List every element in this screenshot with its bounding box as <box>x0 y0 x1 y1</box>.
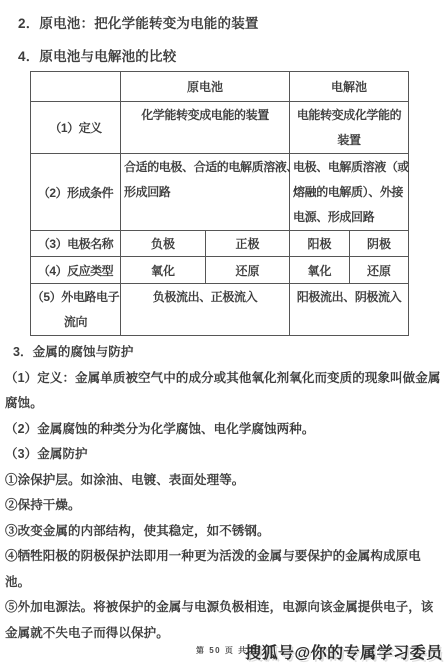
reaction-type-cell: 还原 <box>206 257 290 284</box>
header-primary-battery: 原电池 <box>121 72 290 102</box>
protection-method-4-line: ④牺牲阳极的阴极保护法即用一种更为活泼的金属与要保护的金属构成原电 <box>5 544 443 570</box>
electron-flow-label-line: 流向 <box>31 310 120 335</box>
table-row-electron-flow: （5）外电路电子 流向 负极流出、正极流入 阳极流出、阴极流入 <box>31 284 409 336</box>
reaction-type-cell: 氧化 <box>121 257 206 284</box>
corrosion-definition-line: （1）定义：金属单质被空气中的成分或其他氧化剂氧化而变质的现象叫做金属 <box>5 366 443 392</box>
document-page: { "colors": { "background": "#ffffff", "… <box>0 0 446 672</box>
row-label-electrode-names: （3）电极名称 <box>31 231 121 257</box>
protection-method-1: ①涂保护层。如涂油、电镀、表面处理等。 <box>5 468 443 494</box>
definition-electrolytic-line: 装置 <box>290 128 408 153</box>
electron-flow-electrolytic-cell: 阳极流出、阴极流入 <box>290 284 409 336</box>
row-label-definition: （1）定义 <box>31 102 121 154</box>
comparison-table: 原电池 电解池 （1）定义 化学能转变成电能的装置 电能转变成化学能的 装置 （… <box>30 71 409 336</box>
formation-primary-line: 合适的电极、合适的电解质溶液、 <box>121 155 289 180</box>
definition-primary-cell: 化学能转变成电能的装置 <box>121 102 290 154</box>
corrosion-section: 3．金属的腐蚀与防护 （1）定义：金属单质被空气中的成分或其他氧化剂氧化而变质的… <box>5 340 443 646</box>
table-row-formation-conditions: （2）形成条件 合适的电极、合适的电解质溶液、 形成回路 电极、电解质溶液（或 … <box>31 154 409 231</box>
definition-electrolytic-line: 电能转变成化学能的 <box>290 103 408 128</box>
electron-flow-electrolytic-text: 阳极流出、阴极流入 <box>290 285 408 310</box>
electrode-name-cell: 正极 <box>206 231 290 257</box>
formation-electrolytic-line: 电源、形成回路 <box>290 205 408 230</box>
corrosion-definition-line: 腐蚀。 <box>5 391 443 417</box>
formation-electrolytic-line: 电极、电解质溶液（或 <box>290 155 408 180</box>
electrode-name-cell: 阴极 <box>350 231 409 257</box>
row-label-reaction-types: （4）反应类型 <box>31 257 121 284</box>
section-title-corrosion: 3．金属的腐蚀与防护 <box>5 340 443 366</box>
reaction-type-cell: 氧化 <box>290 257 350 284</box>
protection-subtitle: （3）金属防护 <box>5 442 443 468</box>
formation-electrolytic-line: 熔融的电解质）、外接 <box>290 180 408 205</box>
heading-primary-battery-definition: 2．原电池：把化学能转变为电能的装置 <box>18 12 259 32</box>
table-row-electrode-names: （3）电极名称 负极 正极 阳极 阴极 <box>31 231 409 257</box>
reaction-type-cell: 还原 <box>350 257 409 284</box>
protection-method-3: ③改变金属的内部结构，使其稳定，如不锈钢。 <box>5 519 443 545</box>
sohu-watermark: 搜狐号@你的专属学习委员 <box>245 640 443 663</box>
table-row-reaction-types: （4）反应类型 氧化 还原 氧化 还原 <box>31 257 409 284</box>
electrode-name-cell: 负极 <box>121 231 206 257</box>
electrode-name-cell: 阳极 <box>290 231 350 257</box>
formation-electrolytic-cell: 电极、电解质溶液（或 熔融的电解质）、外接 电源、形成回路 <box>290 154 409 231</box>
formation-primary-line: 形成回路 <box>121 180 289 205</box>
row-label-electron-flow: （5）外电路电子 流向 <box>31 284 121 336</box>
table-header-row: 原电池 电解池 <box>31 72 409 102</box>
corrosion-types-line: （2）金属腐蚀的种类分为化学腐蚀、电化学腐蚀两种。 <box>5 417 443 443</box>
electron-flow-primary-text: 负极流出、正极流入 <box>121 285 289 310</box>
definition-primary-text: 化学能转变成电能的装置 <box>121 103 289 128</box>
protection-method-4-line: 池。 <box>5 570 443 596</box>
formation-primary-cell: 合适的电极、合适的电解质溶液、 形成回路 <box>121 154 290 231</box>
table-row-definition: （1）定义 化学能转变成电能的装置 电能转变成化学能的 装置 <box>31 102 409 154</box>
electron-flow-label-line: （5）外电路电子 <box>31 285 120 310</box>
protection-method-5-line: ⑤外加电源法。将被保护的金属与电源负极相连，电源向该金属提供电子，该 <box>5 595 443 621</box>
protection-method-2: ②保持干燥。 <box>5 493 443 519</box>
header-electrolytic-cell: 电解池 <box>290 72 409 102</box>
electron-flow-primary-cell: 负极流出、正极流入 <box>121 284 290 336</box>
definition-electrolytic-cell: 电能转变成化学能的 装置 <box>290 102 409 154</box>
header-blank-cell <box>31 72 121 102</box>
row-label-formation: （2）形成条件 <box>31 154 121 231</box>
heading-comparison-title: 4．原电池与电解池的比较 <box>18 45 176 65</box>
